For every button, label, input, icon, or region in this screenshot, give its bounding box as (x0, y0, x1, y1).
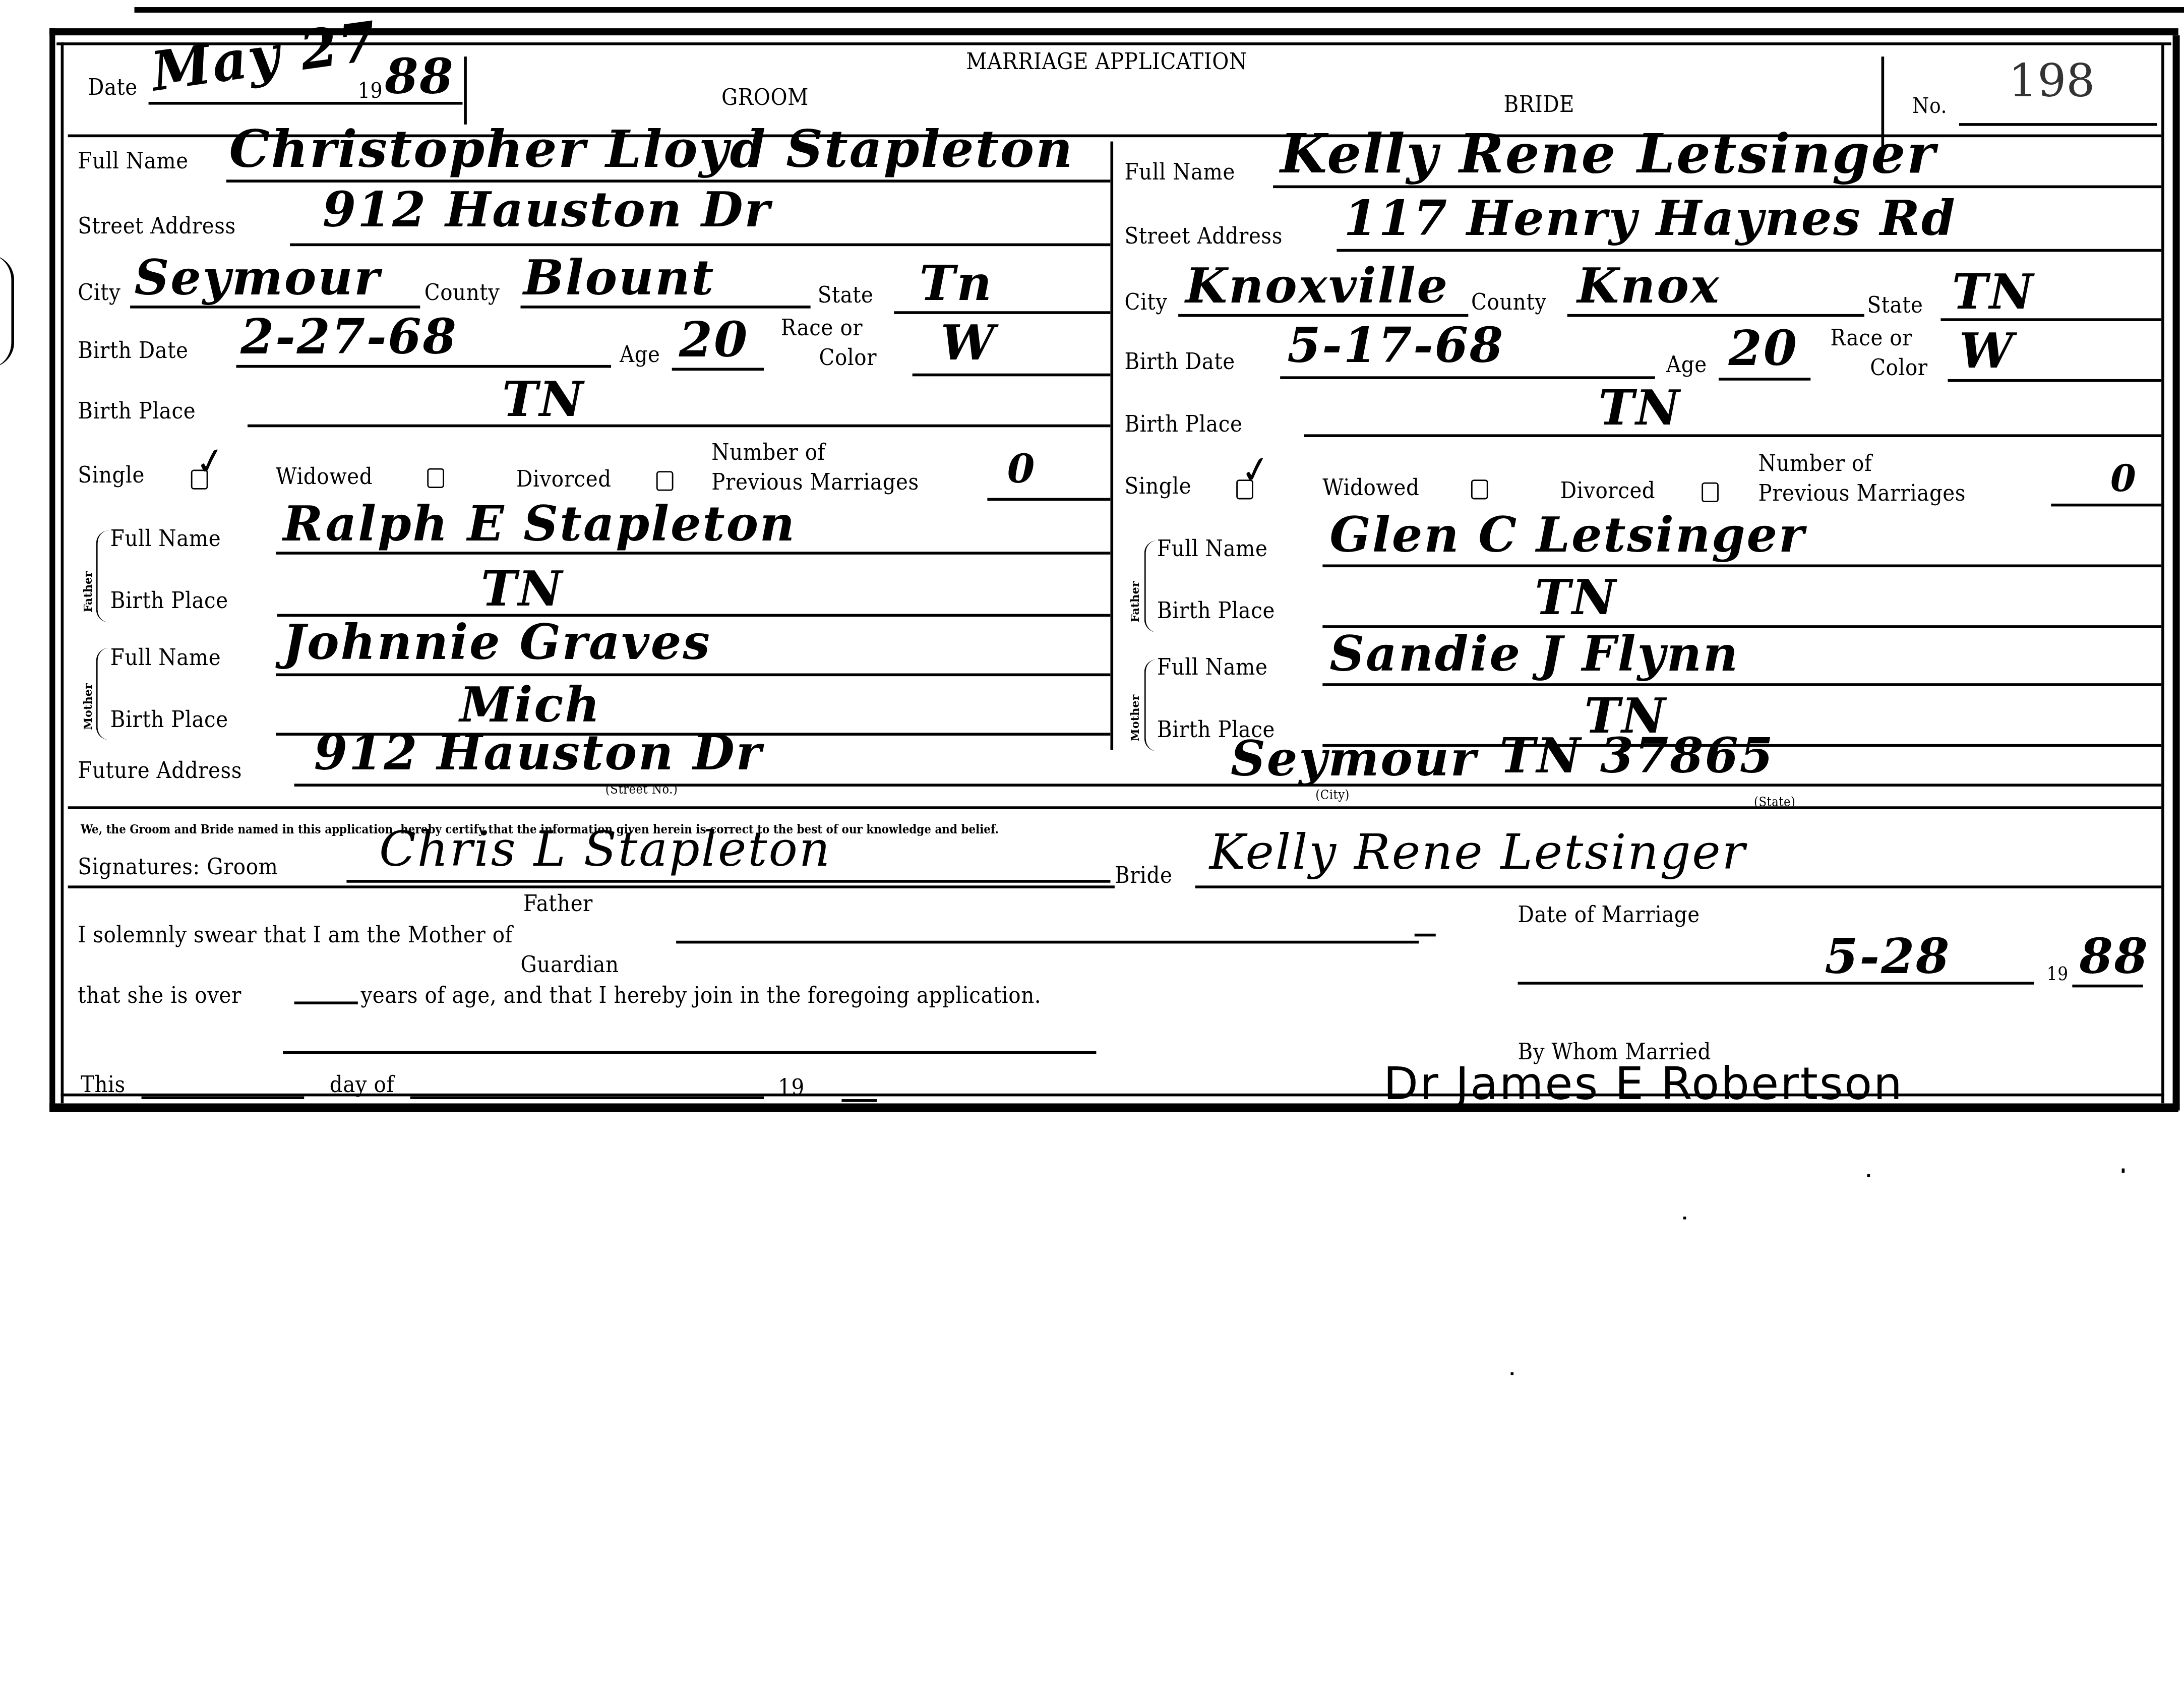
groom-color-label: Color (819, 344, 877, 371)
oath-line2-end: years of age, and that I hereby join in … (360, 982, 1041, 1008)
groom-mother-full-name-line (276, 674, 1110, 676)
bride-birth-date-line (1280, 376, 1655, 378)
groom-race-or-label: Race or (781, 314, 863, 341)
oath-guardian-option: Guardian (520, 950, 619, 977)
bride-county-value[interactable]: Knox (1577, 263, 1720, 311)
groom-full-name-line (226, 179, 1111, 182)
future-address-street[interactable]: 912 Hauston Dr (314, 730, 763, 778)
groom-father-birth-place-value[interactable]: TN (481, 566, 564, 614)
groom-single-label: Single (78, 461, 145, 488)
oath-age-line (294, 1001, 358, 1003)
groom-race-line (913, 374, 1111, 376)
groom-father-full-name-value[interactable]: Ralph E Stapleton (283, 501, 796, 549)
bride-age-label: Age (1666, 351, 1707, 378)
marriage-application-scan: MARRIAGE APPLICATION No. 198 Date May 27… (0, 0, 2184, 1683)
groom-birth-date-value[interactable]: 2-27-68 (240, 314, 458, 362)
bride-mother-full-name-value[interactable]: Sandie J Flynn (1329, 631, 1739, 679)
bride-race-value[interactable]: W (1959, 328, 2015, 376)
groom-father-brace (96, 530, 109, 622)
oath-day-of-label: day of (330, 1071, 394, 1098)
bride-full-name-label: Full Name (1125, 158, 1235, 185)
bride-divorced-checkbox[interactable] (1702, 483, 1719, 502)
groom-state-value[interactable]: Tn (920, 260, 993, 308)
scan-speck (1867, 1174, 1870, 1177)
groom-signature-line (346, 880, 1110, 882)
future-address-line (294, 784, 2162, 786)
bride-street-value[interactable]: 117 Henry Haynes Rd (1344, 195, 1956, 243)
groom-birth-place-value[interactable]: TN (502, 376, 585, 424)
number-line (1959, 123, 2157, 125)
oath-this-label: This (81, 1071, 126, 1098)
bride-city-value[interactable]: Knoxville (1185, 263, 1449, 311)
bride-signature-label: Bride (1115, 862, 1172, 888)
groom-state-label: State (818, 281, 874, 308)
groom-street-value[interactable]: 912 Hauston Dr (323, 187, 771, 234)
marriage-year-value[interactable]: 88 (2079, 934, 2149, 982)
date-of-marriage-value[interactable]: 5-28 (1825, 934, 1951, 982)
bride-birth-date-label: Birth Date (1125, 348, 1235, 375)
groom-divorced-checkbox[interactable] (656, 471, 674, 491)
dom-top-line-stub (1415, 934, 1436, 936)
signature-bottom-line (68, 885, 1115, 887)
groom-race-value[interactable]: W (941, 320, 996, 368)
bride-birth-place-value[interactable]: TN (1598, 385, 1681, 433)
bride-widowed-checkbox[interactable] (1471, 479, 1488, 499)
bride-full-name-line (1273, 186, 2161, 188)
groom-mother-brace (96, 648, 109, 740)
scan-speck (1510, 1372, 1513, 1375)
bride-father-birth-place-label: Birth Place (1157, 597, 1275, 624)
bride-father-birth-place-value[interactable]: TN (1535, 574, 1617, 622)
future-address-state-zip[interactable]: TN 37865 (1499, 733, 1775, 780)
date-label: Date (88, 74, 138, 100)
bride-age-line (1719, 378, 1810, 380)
bride-father-brace (1144, 540, 1157, 632)
date-divider (464, 56, 466, 125)
groom-previous-marriages-value[interactable]: 0 (1007, 450, 1036, 490)
number-label: No. (1912, 93, 1947, 119)
officiant-name[interactable]: Dr James E Robertson (1383, 1061, 1904, 1106)
oath-line2-start: that she is over (78, 982, 241, 1008)
groom-street-line (290, 244, 1110, 246)
future-address-label: Future Address (78, 757, 242, 784)
form-right-inner-border (2161, 45, 2163, 1104)
bride-mother-full-name-label: Full Name (1157, 653, 1267, 680)
groom-header: GROOM (721, 84, 809, 110)
groom-widowed-label: Widowed (276, 462, 373, 489)
groom-father-side-label: Father (81, 542, 95, 613)
bride-mother-side-label: Mother (1127, 671, 1141, 741)
bride-street-line (1337, 249, 2161, 251)
groom-single-checkmark-icon: ✓ (192, 439, 229, 487)
groom-mother-full-name-label: Full Name (110, 644, 221, 671)
groom-birth-date-label: Birth Date (78, 337, 188, 364)
street-no-caption: (Street No.) (605, 784, 678, 798)
application-number: 198 (2009, 54, 2095, 108)
bride-father-full-name-value[interactable]: Glen C Letsinger (1329, 512, 1805, 560)
groom-widowed-checkbox[interactable] (427, 468, 444, 488)
bride-previous-marriages-label: Previous Marriages (1758, 479, 1966, 506)
bride-birth-place-label: Birth Place (1125, 410, 1243, 437)
marriage-year-prefix: 19 (2047, 965, 2069, 986)
bride-race-or-label: Race or (1831, 324, 1912, 351)
groom-bride-divider (1110, 142, 1112, 750)
groom-mother-full-name-value[interactable]: Johnnie Graves (283, 620, 711, 668)
bride-father-full-name-label: Full Name (1157, 535, 1267, 562)
margin-mark (0, 255, 14, 368)
groom-signature[interactable]: Chris L Stapleton (379, 826, 831, 874)
bride-color-label: Color (1870, 353, 1928, 380)
date-of-marriage-line (1518, 982, 2034, 984)
groom-county-label: County (424, 279, 500, 306)
groom-city-value[interactable]: Seymour (135, 255, 381, 303)
form-left-inner-border (61, 42, 63, 1103)
bride-widowed-label: Widowed (1322, 474, 1419, 501)
groom-father-full-name-label: Full Name (110, 525, 221, 552)
form-left-border (49, 28, 55, 1110)
form-title: MARRIAGE APPLICATION (966, 48, 1247, 75)
groom-birth-place-line (248, 425, 1110, 427)
groom-mother-birth-place-value[interactable]: Mich (460, 682, 601, 730)
bride-header: BRIDE (1503, 91, 1574, 117)
groom-previous-marriages-line (987, 498, 1110, 500)
signatures-groom-label: Signatures: Groom (78, 853, 278, 880)
bride-previous-marriages-value[interactable]: 0 (2110, 461, 2138, 498)
date-of-marriage-label: Date of Marriage (1518, 901, 1700, 928)
bride-signature[interactable]: Kelly Rene Letsinger (1209, 829, 1746, 877)
future-address-bottom-line (68, 806, 2161, 808)
bride-mother-brace (1144, 659, 1157, 751)
bride-age-value[interactable]: 20 (1729, 325, 1798, 373)
groom-mother-side-label: Mother (81, 659, 95, 730)
groom-mother-birth-place-label: Birth Place (110, 706, 228, 733)
date-year-handwritten: 88 (385, 54, 454, 102)
bride-state-label: State (1867, 291, 1923, 318)
oath-year-line (841, 1099, 877, 1101)
bride-mother-full-name-line (1322, 683, 2161, 685)
groom-full-name-value[interactable]: Christopher Lloyd Stapleton (229, 125, 1074, 175)
groom-full-name-label: Full Name (78, 147, 188, 174)
bride-father-side-label: Father (1127, 552, 1141, 622)
bride-single-label: Single (1125, 472, 1192, 499)
bride-single-checkmark-icon: ✓ (1237, 448, 1275, 495)
groom-previous-marriages-label: Previous Marriages (711, 468, 919, 495)
groom-number-of-label: Number of (711, 439, 825, 465)
bride-street-label: Street Address (1125, 222, 1283, 249)
bride-signature-line (1195, 885, 2161, 887)
scan-speck (2122, 1169, 2125, 1173)
groom-father-birth-place-label: Birth Place (110, 587, 228, 614)
bride-previous-marriages-line (2051, 504, 2161, 506)
oath-father-option: Father (523, 890, 593, 917)
oath-month-line (410, 1096, 764, 1098)
bride-divorced-label: Divorced (1560, 477, 1656, 504)
groom-divorced-label: Divorced (516, 465, 612, 492)
oath-line1: I solemnly swear that I am the Mother of (78, 921, 513, 948)
city-caption: (City) (1315, 790, 1350, 804)
groom-age-label: Age (620, 341, 660, 368)
groom-city-label: City (78, 279, 120, 306)
bride-full-name-value[interactable]: Kelly Rene Letsinger (1280, 128, 1936, 182)
oath-child-name-line (676, 941, 1419, 943)
oath-signature-line (283, 1051, 1096, 1053)
oath-year-prefix: 19 (778, 1074, 805, 1101)
top-outer-border (135, 7, 2184, 13)
bride-number-of-label: Number of (1758, 450, 1872, 476)
groom-birth-place-label: Birth Place (78, 397, 196, 424)
form-right-border (2173, 35, 2180, 1110)
bride-birth-place-line (1304, 434, 2161, 436)
groom-age-value[interactable]: 20 (679, 317, 749, 365)
application-date-handwritten: May 27 (148, 14, 381, 99)
scan-speck (1683, 1217, 1686, 1220)
bride-father-full-name-line (1322, 564, 2161, 566)
bride-state-value[interactable]: TN (1952, 269, 2035, 317)
bride-city-label: City (1125, 288, 1168, 315)
groom-county-value[interactable]: Blount (523, 255, 715, 303)
bride-birth-date-value[interactable]: 5-17-68 (1287, 323, 1504, 371)
oath-day-line (142, 1096, 305, 1098)
future-address-city[interactable]: Seymour (1231, 736, 1477, 784)
groom-street-label: Street Address (78, 212, 235, 239)
date-year-prefix: 19 (358, 78, 383, 103)
bride-county-label: County (1471, 288, 1547, 315)
